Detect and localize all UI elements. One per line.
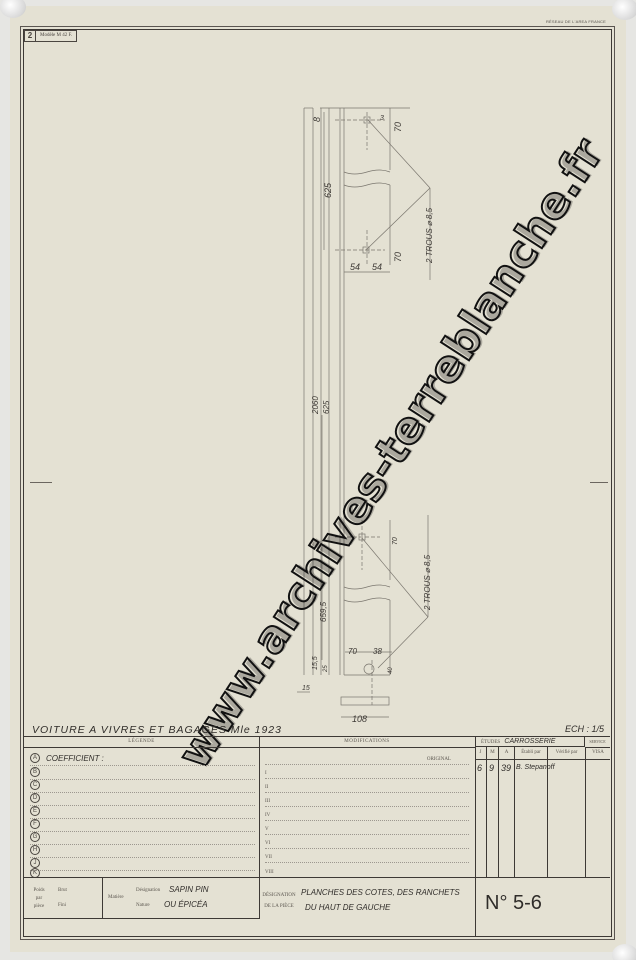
piece-name-line1: PLANCHES DES COTES, DES RANCHETS: [301, 888, 460, 897]
svg-text:625: 625: [323, 182, 333, 198]
svg-text:8: 8: [312, 117, 322, 122]
svg-text:2060: 2060: [311, 396, 320, 415]
designation-label: Désignation: [136, 888, 160, 893]
svg-text:70: 70: [393, 252, 403, 262]
modification-row: III: [265, 793, 469, 807]
svg-text:40: 40: [388, 667, 394, 674]
svg-text:3: 3: [380, 115, 384, 122]
modifications-section: MODIFICATIONS ORIGINAL I II III IV V VI …: [259, 737, 476, 877]
date-year: 39: [501, 763, 511, 773]
svg-text:25: 25: [323, 665, 329, 673]
modification-row: II: [265, 779, 469, 793]
svg-text:70: 70: [348, 647, 357, 656]
svg-text:54: 54: [372, 262, 382, 272]
modification-original: ORIGINAL: [265, 751, 469, 765]
etudes-section: ÉTUDES CARROSSERIE SERVICE J M A Établi …: [475, 737, 610, 877]
modifications-header: MODIFICATIONS: [259, 737, 475, 748]
svg-text:38: 38: [373, 647, 382, 656]
modification-row: IV: [265, 807, 469, 821]
svg-text:15,5: 15,5: [312, 656, 319, 670]
modification-row: VI: [265, 835, 469, 849]
designation-piece-box: DÉSIGNATION DE LA PIÈCE PLANCHES DES COT…: [259, 878, 476, 937]
date-day: 6: [477, 763, 482, 773]
poids-brut: Brut: [58, 888, 67, 893]
col-visa: VISA: [586, 747, 610, 877]
etudes-header: ÉTUDES CARROSSERIE: [475, 737, 585, 747]
drawing-title: VOITURE A VIVRES ET BAGAGES Mle 1923: [32, 724, 282, 736]
svg-text:2 TROUS ⌀ 8,5: 2 TROUS ⌀ 8,5: [425, 207, 434, 264]
bottom-row: Poids par pièce Brut Fini Matière Désign…: [24, 877, 610, 937]
modification-row: V: [265, 821, 469, 835]
designation-piece-label: DÉSIGNATION DE LA PIÈCE: [261, 890, 297, 912]
designation-value: SAPIN PIN: [169, 885, 209, 894]
modification-row: VII: [265, 849, 469, 863]
modification-row: VIII: [265, 863, 469, 877]
drawing-number: N° 5-6: [485, 892, 542, 915]
svg-text:108: 108: [352, 714, 367, 724]
legend-header: LÉGENDE: [24, 737, 259, 748]
svg-text:15: 15: [302, 685, 310, 692]
poids-label: Poids par pièce: [30, 887, 48, 911]
svg-text:70: 70: [393, 122, 403, 132]
svg-text:2 TROUS ⌀ 8,5: 2 TROUS ⌀ 8,5: [423, 554, 432, 611]
legend-row: K: [30, 869, 255, 877]
matiere-label: Matière: [108, 895, 124, 900]
modification-row: I: [265, 765, 469, 779]
legend-row: ACOEFFICIENT :: [30, 751, 255, 766]
poids-fini: Fini: [58, 903, 66, 908]
nature-label: Nature: [136, 903, 150, 908]
piece-name-line2: DU HAUT DE GAUCHE: [305, 903, 390, 912]
svg-text:625: 625: [322, 400, 331, 414]
drawing-scale: ECH : 1/5: [565, 724, 604, 734]
legend-section: LÉGENDE ACOEFFICIENT : B C D E F G H J K: [24, 737, 260, 877]
date-month: 9: [489, 763, 494, 773]
svg-text:54: 54: [350, 262, 360, 272]
title-block: LÉGENDE ACOEFFICIENT : B C D E F G H J K…: [24, 736, 610, 936]
signature-etabli: B. Stepanoff: [516, 764, 555, 771]
poids-matiere-box: Poids par pièce Brut Fini Matière Désign…: [24, 878, 260, 919]
svg-text:70: 70: [392, 537, 399, 545]
nature-value: OU ÉPICÉA: [164, 900, 208, 909]
